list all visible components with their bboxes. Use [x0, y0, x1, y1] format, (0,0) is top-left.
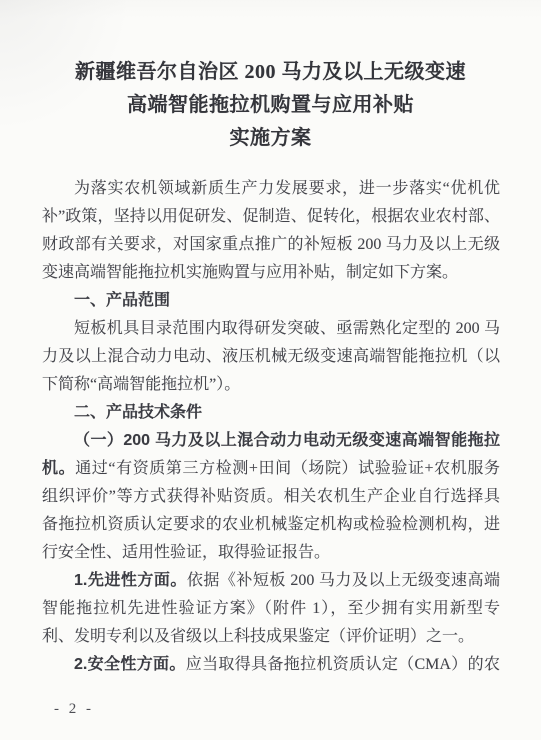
text-line: 财政部有关要求，对国家重点推广的补短板 200 马力及以上无级: [42, 231, 500, 259]
bold-run: 2.安全性方面。: [74, 656, 186, 673]
bold-run: （一）200 马力及以上混合动力电动无级变速高端智能拖拉: [74, 432, 500, 449]
text-line: 行安全性、适用性验证，取得验证报告。: [42, 539, 500, 567]
text-run: 财政部有关要求，对国家重点推广的补短板 200 马力及以上无级: [42, 236, 500, 253]
text-run: 依据《补短板 200 马力及以上无级变速高端: [187, 572, 500, 589]
text-run: 智能拖拉机先进性验证方案》（附件 1），至少拥有实用新型专: [42, 600, 500, 617]
document-page: 新疆维吾尔自治区 200 马力及以上无级变速 高端智能拖拉机购置与应用补贴 实施…: [0, 0, 541, 740]
text-run: 利、发明专利以及省级以上科技成果鉴定（评价证明）之一。: [42, 628, 474, 645]
text-line: 备拖拉机资质认定要求的农业机械鉴定机构或检验检测机构，进: [42, 511, 500, 539]
text-line: （一）200 马力及以上混合动力电动无级变速高端智能拖拉: [42, 427, 500, 455]
text-line: 机。通过“有资质第三方检测+田间（场院）试验验证+农机服务: [42, 455, 500, 483]
text-run: 短板机具目录范围内取得研发突破、亟需熟化定型的 200 马: [74, 320, 500, 337]
text-run: 为落实农机领域新质生产力发展要求，进一步落实“优机优: [74, 180, 500, 197]
text-line: 补”政策，坚持以用促研发、促制造、促转化，根据农业农村部、: [42, 203, 500, 231]
page-number: - 2 -: [54, 701, 94, 718]
text-line: 变速高端智能拖拉机实施购置与应用补贴，制定如下方案。: [42, 259, 500, 287]
text-line: 短板机具目录范围内取得研发突破、亟需熟化定型的 200 马: [42, 315, 500, 343]
bold-run: 1.先进性方面。: [74, 572, 187, 589]
document-title: 新疆维吾尔自治区 200 马力及以上无级变速 高端智能拖拉机购置与应用补贴 实施…: [0, 0, 541, 155]
text-line: 一、产品范围: [42, 287, 500, 315]
title-line-1: 新疆维吾尔自治区 200 马力及以上无级变速: [0, 56, 541, 89]
text-line: 二、产品技术条件: [42, 399, 500, 427]
text-run: 备拖拉机资质认定要求的农业机械鉴定机构或检验检测机构，进: [42, 516, 500, 533]
text-run: 通过“有资质第三方检测+田间（场院）试验验证+农机服务: [75, 460, 500, 477]
text-line: 力及以上混合动力电动、液压机械无级变速高端智能拖拉机（以: [42, 343, 500, 371]
text-line: 利、发明专利以及省级以上科技成果鉴定（评价证明）之一。: [42, 623, 500, 651]
text-line: 为落实农机领域新质生产力发展要求，进一步落实“优机优: [42, 175, 500, 203]
document-body: 为落实农机领域新质生产力发展要求，进一步落实“优机优补”政策，坚持以用促研发、促…: [42, 175, 500, 679]
bold-run: 二、产品技术条件: [74, 404, 202, 421]
text-line: 2.安全性方面。应当取得具备拖拉机资质认定（CMA）的农: [42, 651, 500, 679]
text-line: 智能拖拉机先进性验证方案》（附件 1），至少拥有实用新型专: [42, 595, 500, 623]
text-run: 组织评价”等方式获得补贴资质。相关农机生产企业自行选择具: [42, 488, 500, 505]
text-line: 组织评价”等方式获得补贴资质。相关农机生产企业自行选择具: [42, 483, 500, 511]
text-run: 变速高端智能拖拉机实施购置与应用补贴，制定如下方案。: [42, 264, 458, 281]
title-line-3: 实施方案: [0, 122, 541, 155]
text-run: 应当取得具备拖拉机资质认定（CMA）的农: [186, 656, 500, 673]
text-run: 补”政策，坚持以用促研发、促制造、促转化，根据农业农村部、: [42, 208, 500, 225]
text-line: 下简称“高端智能拖拉机”）。: [42, 371, 500, 399]
text-run: 行安全性、适用性验证，取得验证报告。: [42, 544, 330, 561]
bold-run: 一、产品范围: [74, 292, 170, 309]
text-run: 下简称“高端智能拖拉机”）。: [42, 376, 240, 393]
text-run: 力及以上混合动力电动、液压机械无级变速高端智能拖拉机（以: [42, 348, 500, 365]
bold-run: 机。: [42, 460, 75, 477]
text-line: 1.先进性方面。依据《补短板 200 马力及以上无级变速高端: [42, 567, 500, 595]
title-line-2: 高端智能拖拉机购置与应用补贴: [0, 89, 541, 122]
